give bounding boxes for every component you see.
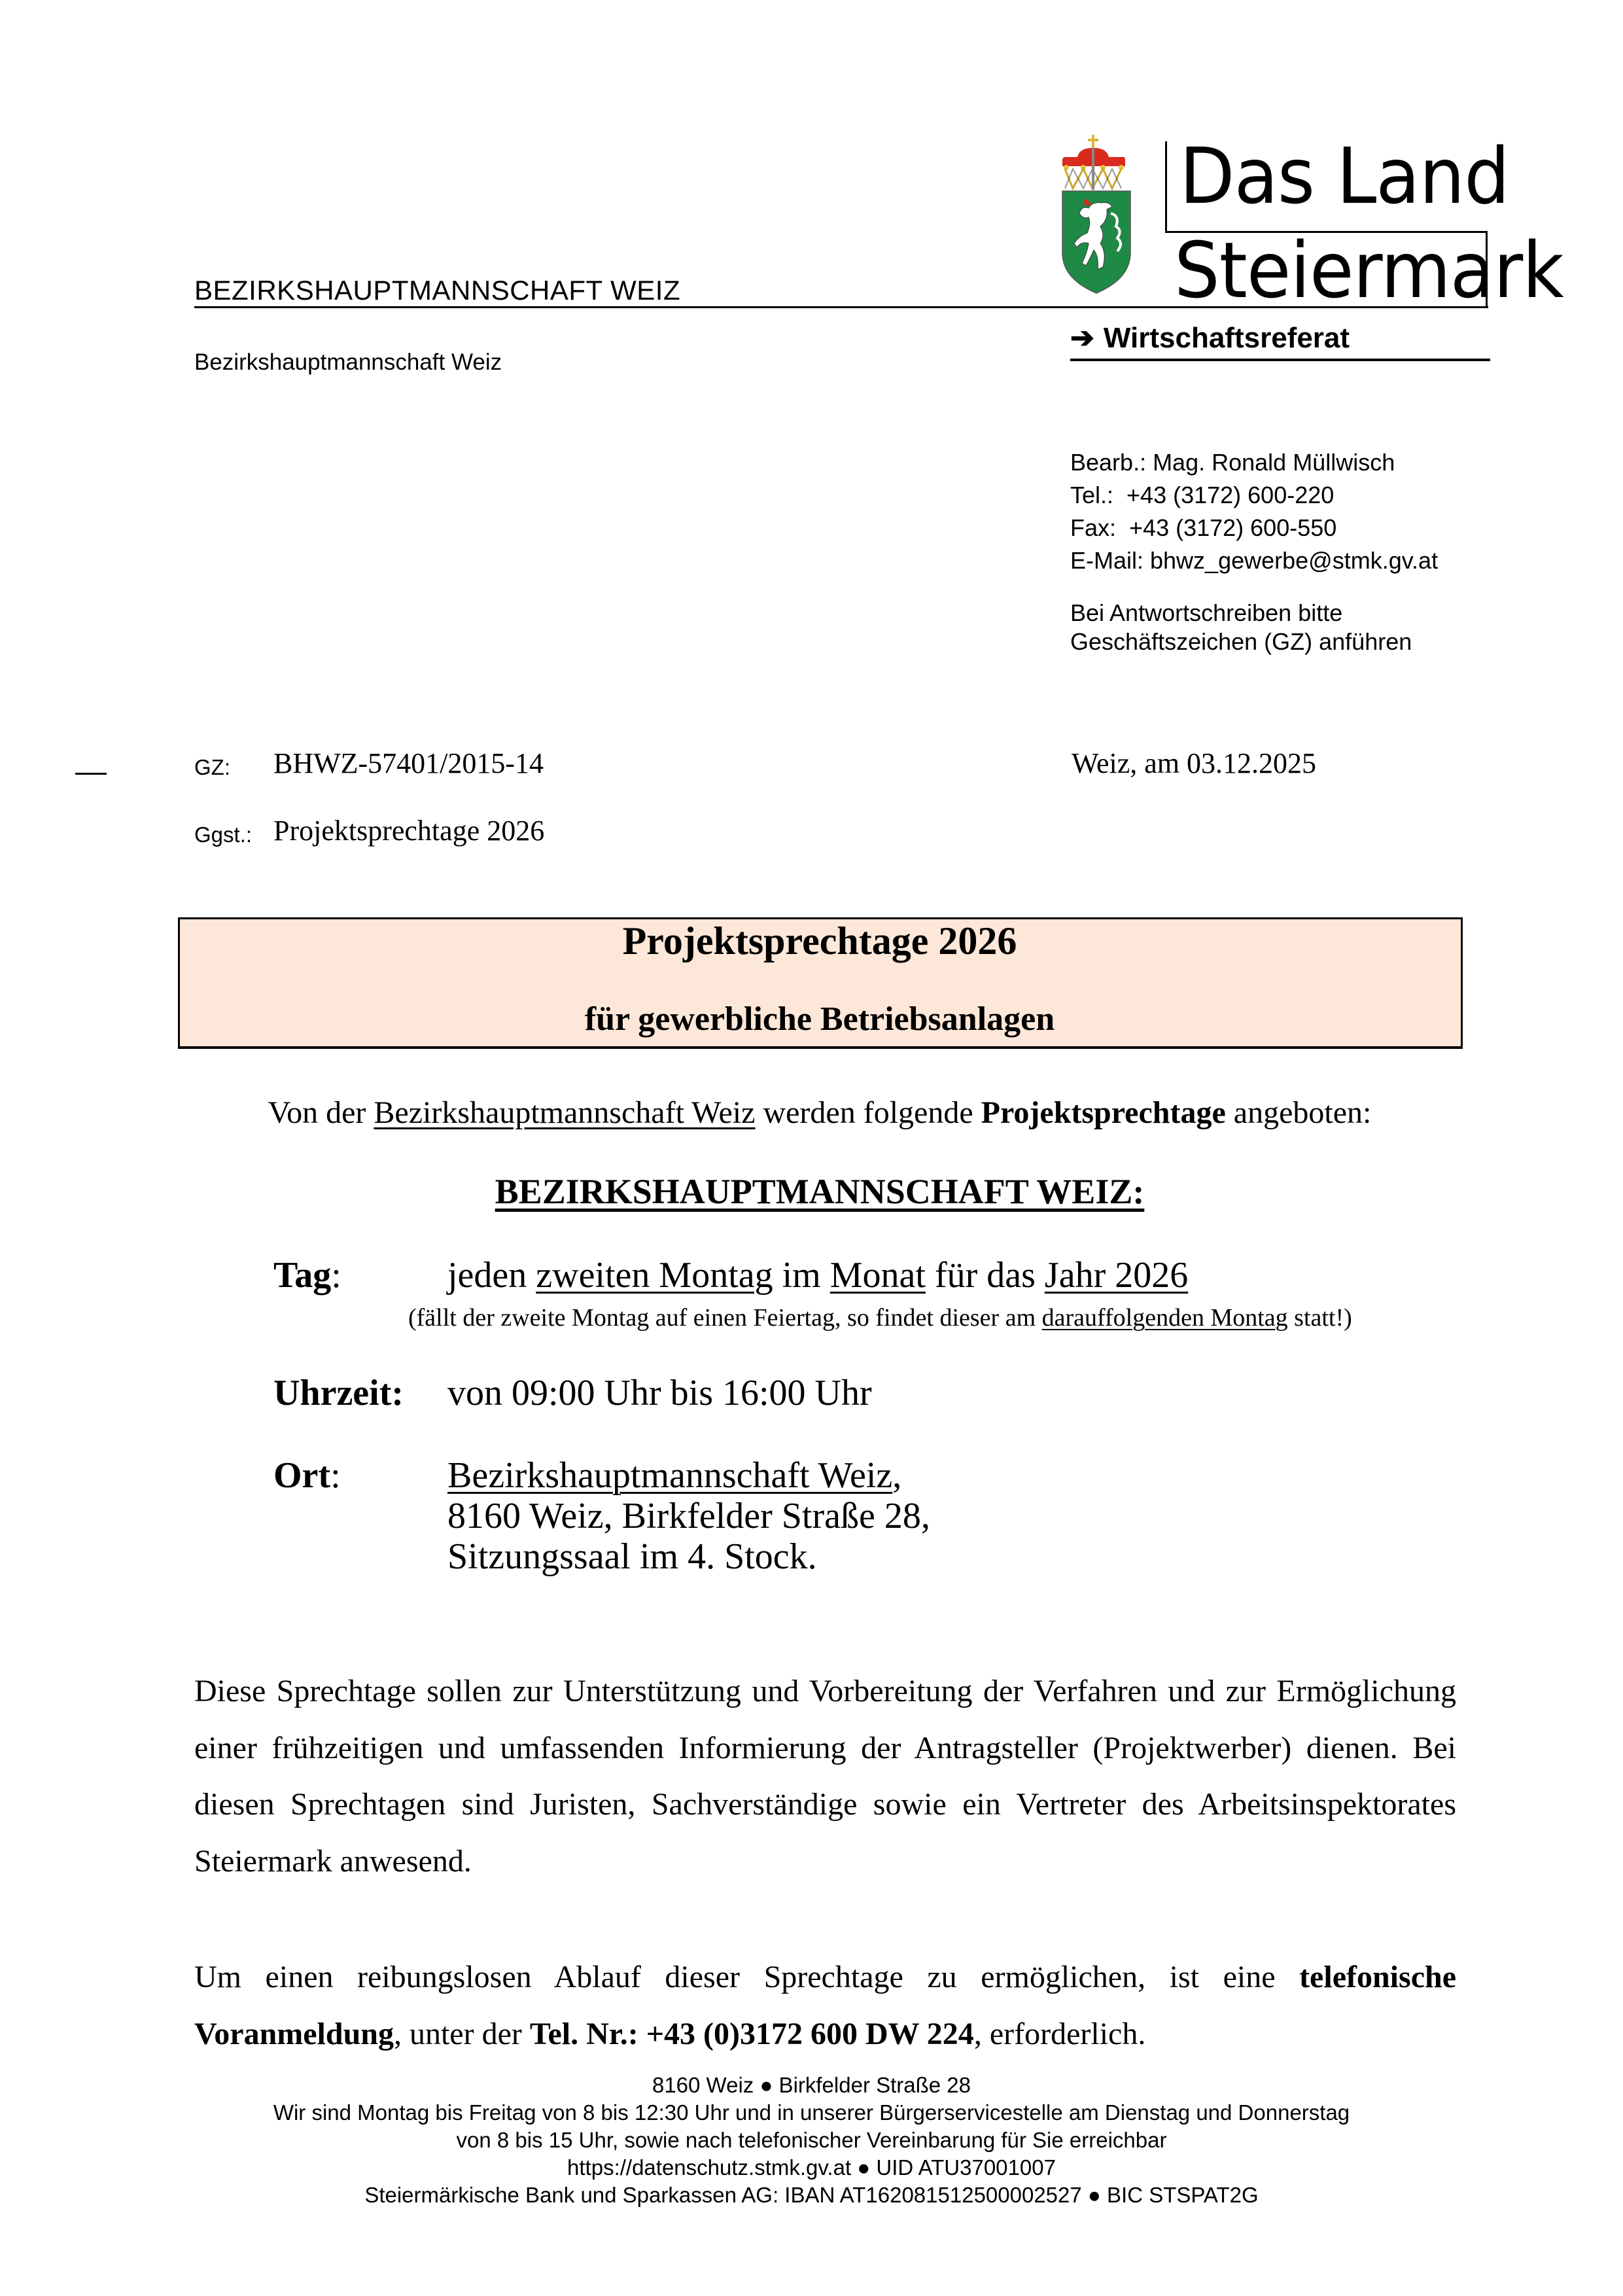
body-paragraph-2: Um einen reibungslosen Ablauf dieser Spr… (194, 1949, 1456, 2062)
intro-authority: Bezirkshauptmannschaft Weiz (374, 1095, 755, 1130)
letter-date: Weiz, am 03.12.2025 (1072, 747, 1316, 780)
section-heading: BEZIRKSHAUPTMANNSCHAFT WEIZ: (178, 1171, 1461, 1212)
logo-text-das-land: Das Land (1179, 131, 1509, 221)
footer-address: 8160 Weiz ● Birkfelder Straße 28 (0, 2073, 1623, 2098)
body-paragraph-1: Diese Sprechtage sollen zur Unterstützun… (194, 1663, 1456, 1890)
holiday-note: (fällt der zweite Montag auf einen Feier… (408, 1303, 1352, 1332)
day-label-text: Tag (273, 1255, 331, 1296)
colon: : (391, 1373, 404, 1413)
intro-text: werden folgende (755, 1095, 981, 1130)
subject-value: Projektsprechtage 2026 (273, 814, 544, 847)
department-rule (1070, 359, 1490, 361)
subtitle: für gewerbliche Betriebsanlagen (178, 1000, 1461, 1038)
footer-privacy-uid[interactable]: https://datenschutz.stmk.gv.at ● UID ATU… (0, 2155, 1623, 2180)
telephone: Tel.: +43 (3172) 600-220 (1070, 482, 1334, 509)
day-label: Tag: (273, 1254, 341, 1296)
place-comma: , (892, 1455, 901, 1496)
arrow-right-icon: ➔ (1070, 321, 1094, 355)
intro-text: Von der (268, 1095, 374, 1130)
department-label: ➔Wirtschaftsreferat (1070, 321, 1350, 355)
day-text: jeden (447, 1255, 536, 1296)
steiermark-coat-of-arms-icon (1062, 135, 1130, 293)
logo-text-steiermark: Steiermark (1174, 225, 1563, 315)
sender-line: Bezirkshauptmannschaft Weiz (194, 349, 502, 376)
note-underlined: darauffolgenden Montag (1042, 1304, 1288, 1332)
para-text: Um einen reibungslosen Ablauf dieser Spr… (194, 1960, 1299, 1994)
colon: : (331, 1255, 341, 1296)
email[interactable]: E-Mail: bhwz_gewerbe@stmk.gv.at (1070, 547, 1438, 574)
title: Projektsprechtage 2026 (178, 919, 1461, 964)
gz-value: BHWZ-57401/2015-14 (273, 747, 544, 780)
day-text: für das (926, 1255, 1045, 1296)
day-underlined: zweiten Montag (536, 1255, 773, 1296)
intro-bold: Projektsprechtage (981, 1095, 1226, 1130)
fax: Fax: +43 (3172) 600-550 (1070, 514, 1336, 542)
day-text: im (773, 1255, 830, 1296)
para-text: , unter der (394, 2017, 530, 2051)
reply-note-line2: Geschäftszeichen (GZ) anführen (1070, 628, 1412, 656)
footer-bank: Steiermärkische Bank und Sparkassen AG: … (0, 2183, 1623, 2208)
fold-mark (75, 773, 107, 775)
day-value: jeden zweiten Montag im Monat für das Ja… (447, 1254, 1188, 1296)
gz-label: GZ: (194, 755, 230, 780)
colon: : (330, 1455, 341, 1496)
place-label-text: Ort (273, 1455, 330, 1496)
time-label-text: Uhrzeit (273, 1373, 391, 1413)
place-line-3: Sitzungssaal im 4. Stock. (447, 1536, 817, 1578)
section-heading-text: BEZIRKSHAUPTMANNSCHAFT WEIZ: (495, 1172, 1145, 1211)
place-line-1: Bezirkshauptmannschaft Weiz, (447, 1455, 901, 1496)
reply-note-line1: Bei Antwortschreiben bitte (1070, 599, 1342, 627)
letterhead-authority: BEZIRKSHAUPTMANNSCHAFT WEIZ (194, 275, 680, 306)
time-value: von 09:00 Uhr bis 16:00 Uhr (447, 1372, 872, 1414)
place-label: Ort: (273, 1455, 341, 1496)
phone-number: Tel. Nr.: +43 (0)3172 600 DW 224 (530, 2017, 974, 2051)
department-name: Wirtschaftsreferat (1104, 322, 1350, 354)
place-line-2: 8160 Weiz, Birkfelder Straße 28, (447, 1495, 930, 1537)
footer-hours-2: von 8 bis 15 Uhr, sowie nach telefonisch… (0, 2128, 1623, 2153)
intro-line: Von der Bezirkshauptmannschaft Weiz werd… (178, 1095, 1461, 1131)
para-text: , erforderlich. (974, 2017, 1146, 2051)
time-label: Uhrzeit: (273, 1372, 404, 1414)
note-text: (fällt der zweite Montag auf einen Feier… (408, 1304, 1042, 1332)
place-authority: Bezirkshauptmannschaft Weiz (447, 1455, 892, 1496)
handler-name: Bearb.: Mag. Ronald Müllwisch (1070, 449, 1395, 476)
day-underlined: Jahr 2026 (1045, 1255, 1188, 1296)
subject-label: Ggst.: (194, 822, 252, 847)
footer-hours-1: Wir sind Montag bis Freitag von 8 bis 12… (0, 2100, 1623, 2125)
day-underlined: Monat (830, 1255, 926, 1296)
note-text: statt!) (1288, 1304, 1352, 1332)
intro-text: angeboten: (1226, 1095, 1372, 1130)
